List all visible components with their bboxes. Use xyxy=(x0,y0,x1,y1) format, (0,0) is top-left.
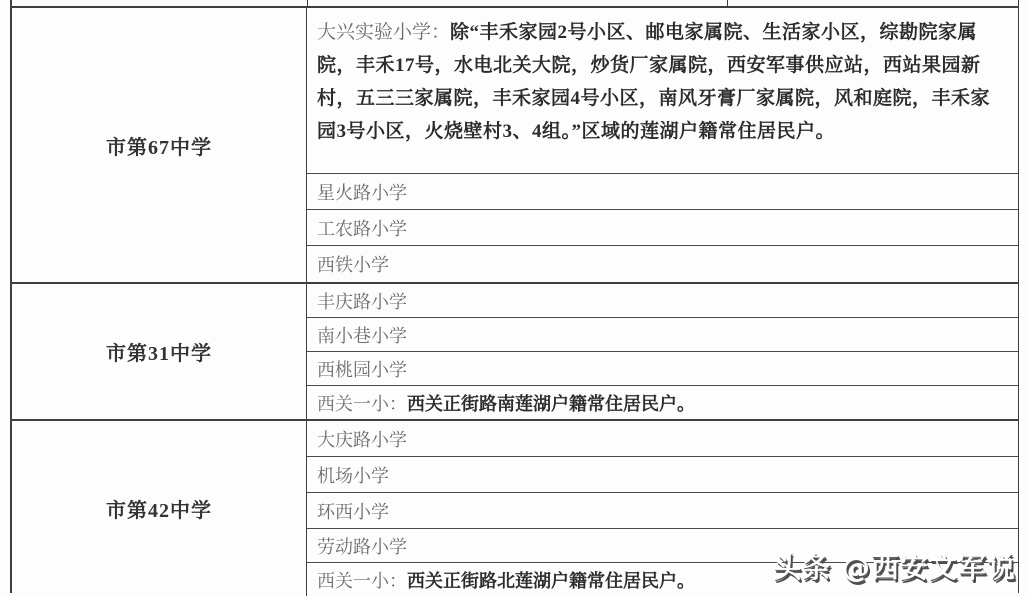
table-row: 西桃园小学 xyxy=(307,352,1018,386)
primary-school-label: 丰庆路小学 xyxy=(317,288,407,314)
district-detail-text: 西关正街路北莲湖户籍常住居民户。 xyxy=(407,567,695,593)
primary-school-label: 西桃园小学 xyxy=(317,356,407,382)
primary-school-label: 西关一小： xyxy=(317,390,407,416)
table-row: 南小巷小学 xyxy=(307,318,1018,352)
table-row: 机场小学 xyxy=(307,457,1018,493)
table-section-middle-school-67: 市第67中学 大兴实验小学：除“丰禾家园2号小区、邮电家属院、生活家小区，综勘院… xyxy=(12,8,1018,284)
primary-school-label: 西铁小学 xyxy=(317,251,389,277)
middle-school-name-cell: 市第67中学 xyxy=(12,8,307,282)
middle-school-name-cell: 市第42中学 xyxy=(12,421,307,596)
table-row: 西关一小：西关正街路南莲湖户籍常住居民户。 xyxy=(307,386,1018,419)
primary-school-label: 西关一小： xyxy=(317,567,407,593)
primary-school-label: 环西小学 xyxy=(317,498,389,524)
primary-school-label: 大庆路小学 xyxy=(317,426,407,452)
primary-school-label: 南小巷小学 xyxy=(317,322,407,348)
primary-school-label: 机场小学 xyxy=(317,462,389,488)
primary-school-rows: 大兴实验小学：除“丰禾家园2号小区、邮电家属院、生活家小区，综勘院家属院，丰禾1… xyxy=(307,8,1018,282)
primary-school-label: 星火路小学 xyxy=(317,179,407,205)
table-row: 丰庆路小学 xyxy=(307,284,1018,318)
primary-school-rows: 丰庆路小学 南小巷小学 西桃园小学 西关一小：西关正街路南莲湖户籍常住居民户。 xyxy=(307,284,1018,419)
primary-school-label: 工农路小学 xyxy=(317,215,407,241)
table-row: 大兴实验小学：除“丰禾家园2号小区、邮电家属院、生活家小区，综勘院家属院，丰禾1… xyxy=(307,8,1018,174)
middle-school-name-cell: 市第31中学 xyxy=(12,284,307,419)
table-row: 大庆路小学 xyxy=(307,421,1018,457)
column-divider xyxy=(307,0,308,6)
table-section-middle-school-31: 市第31中学 丰庆路小学 南小巷小学 西桃园小学 西关一小：西关正街路南莲湖户籍… xyxy=(12,284,1018,421)
toutiao-watermark: 头条 @西安文军说 xyxy=(773,546,1016,586)
table-row: 环西小学 xyxy=(307,493,1018,529)
district-detail-text: 西关正街路南莲湖户籍常住居民户。 xyxy=(407,390,695,416)
table-row: 西铁小学 xyxy=(307,246,1018,282)
table-row: 工农路小学 xyxy=(307,210,1018,246)
document-page: 市第67中学 大兴实验小学：除“丰禾家园2号小区、邮电家属院、生活家小区，综勘院… xyxy=(0,0,1028,596)
primary-school-label: 劳动路小学 xyxy=(317,533,407,559)
table-row: 星火路小学 xyxy=(307,174,1018,210)
school-district-table: 市第67中学 大兴实验小学：除“丰禾家园2号小区、邮电家属院、生活家小区，综勘院… xyxy=(10,0,1019,593)
table-top-partial-row xyxy=(12,0,1018,8)
primary-school-label: 大兴实验小学： xyxy=(317,22,450,43)
column-divider xyxy=(727,0,728,6)
